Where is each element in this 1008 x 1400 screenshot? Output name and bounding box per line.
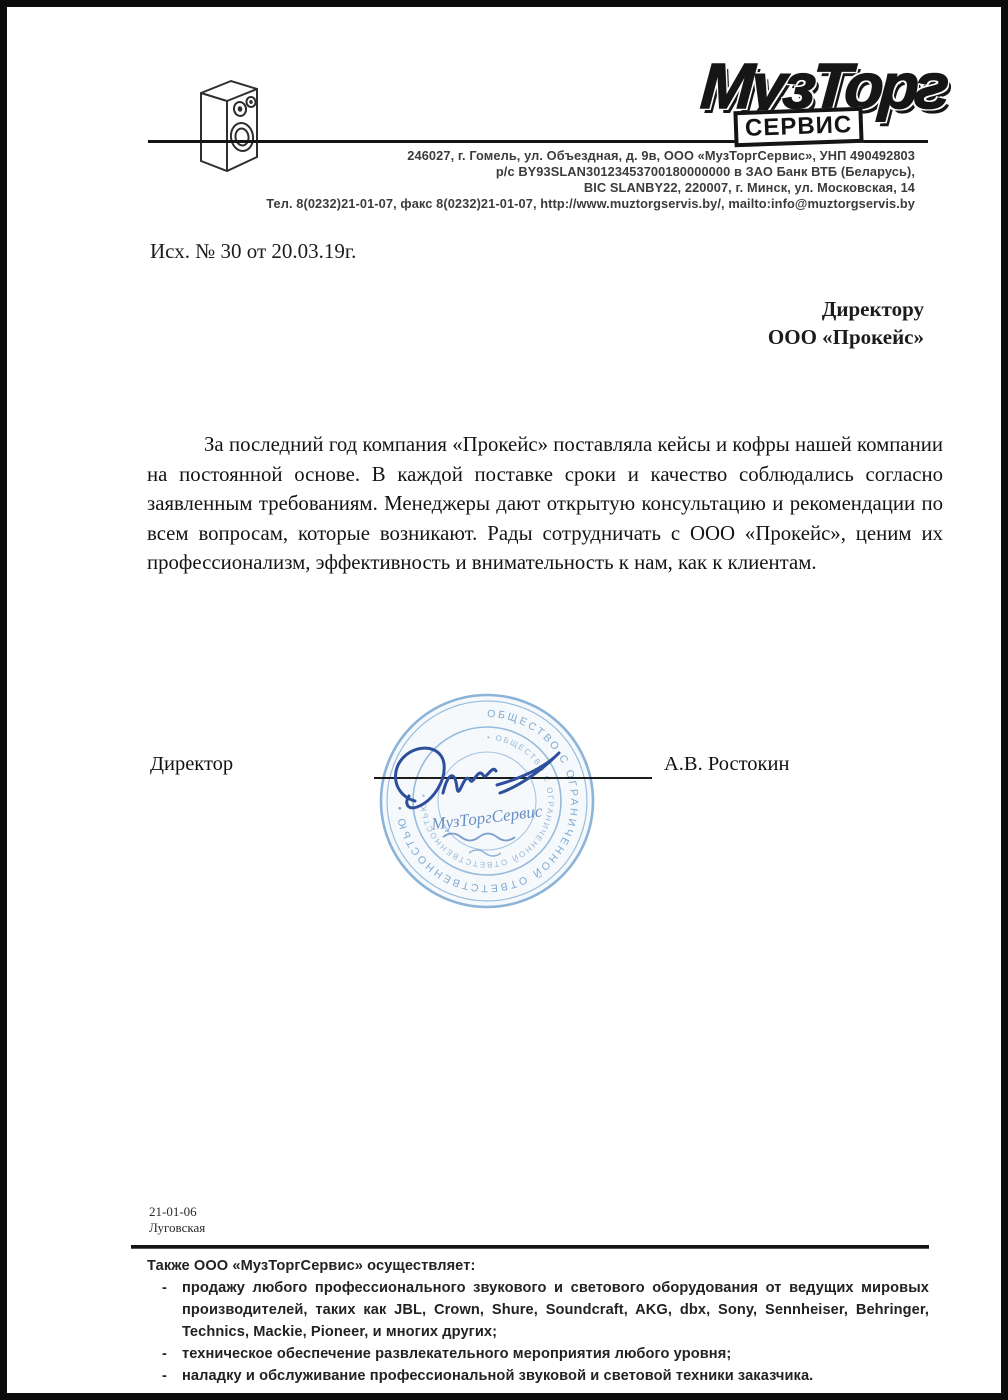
signer-role: Директор (150, 753, 233, 776)
letter-body-paragraph: За последний год компания «Прокейс» пост… (147, 430, 943, 578)
footer-divider-rule (131, 1245, 929, 1249)
addressee-title: Директору (768, 295, 924, 323)
footer-service-item: - наладку и обслуживание профессионально… (147, 1365, 929, 1387)
logo-service-badge: СЕРВИС (733, 107, 863, 147)
footer-item-text: продажу любого профессионального звуково… (182, 1277, 929, 1343)
dash-bullet: - (162, 1365, 182, 1387)
footer-service-item: - техническое обеспечение развлекательно… (147, 1343, 929, 1365)
footer-item-text: техническое обеспечение развлекательного… (182, 1343, 929, 1365)
executor-ref-code: 21-01-06 (149, 1204, 205, 1220)
dash-bullet: - (162, 1343, 182, 1365)
outgoing-reference: Исх. № 30 от 20.03.19г. (150, 239, 356, 264)
company-requisites: 246027, г. Гомель, ул. Объездная, д. 9в,… (125, 148, 915, 212)
footer-service-item: - продажу любого профессионального звуко… (147, 1277, 929, 1343)
addressee-company: ООО «Прокейс» (768, 323, 924, 351)
address-line: 246027, г. Гомель, ул. Объездная, д. 9в,… (125, 148, 915, 164)
addressee-block: Директору ООО «Прокейс» (768, 295, 924, 351)
footer-item-text: наладку и обслуживание профессиональной … (182, 1365, 929, 1387)
bank-bic-line: BIC SLANBY22, 220007, г. Минск, ул. Моск… (125, 180, 915, 196)
contacts-line: Тел. 8(0232)21-01-07, факс 8(0232)21-01-… (125, 196, 915, 212)
handwritten-signature (381, 723, 571, 823)
company-logo: МузТорг СЕРВИС (639, 51, 945, 147)
bank-account-line: р/с BY93SLAN30123453700180000000 в ЗАО Б… (125, 164, 915, 180)
footer-services-block: Также ООО «МузТоргСервис» осуществляет: … (147, 1255, 929, 1387)
executor-block: 21-01-06 Луговская (149, 1204, 205, 1236)
signer-name: А.В. Ростокин (664, 753, 789, 776)
letter-page: МузТорг СЕРВИС 246027, г. Гомель, ул. Об… (0, 0, 1008, 1400)
footer-heading: Также ООО «МузТоргСервис» осуществляет: (147, 1255, 929, 1277)
dash-bullet: - (162, 1277, 182, 1343)
executor-name: Луговская (149, 1220, 205, 1236)
